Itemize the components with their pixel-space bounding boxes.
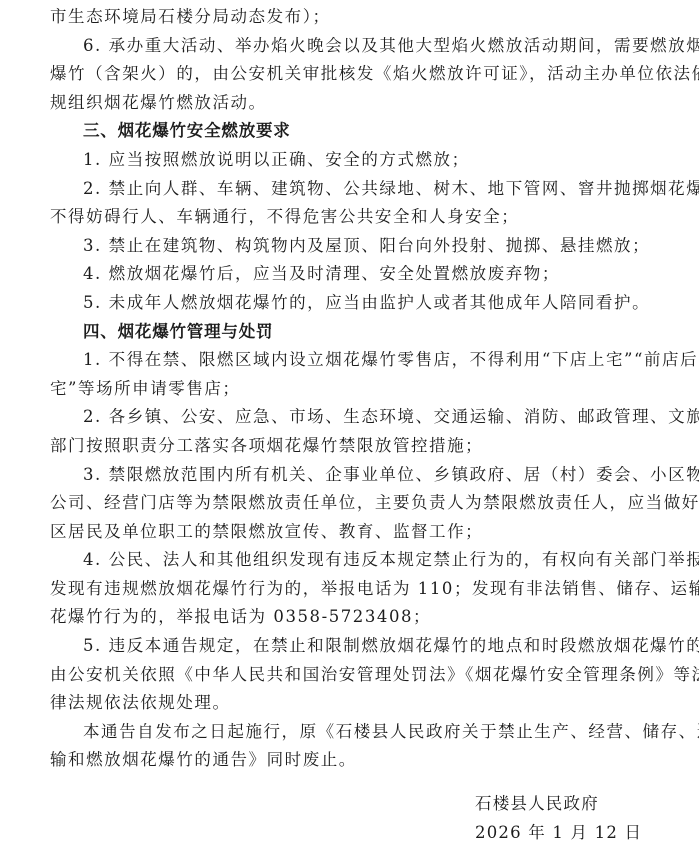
list-item-line: 2. 各乡镇、公安、应急、市场、生态环境、交通运输、消防、邮政管理、文旅等 bbox=[50, 403, 642, 432]
list-item-line: 5. 违反本通告规定，在禁止和限制燃放烟花爆竹的地点和时段燃放烟花爆竹的， bbox=[50, 632, 642, 661]
list-item-line: 不得妨碍行人、车辆通行，不得危害公共安全和人身安全； bbox=[50, 203, 642, 232]
list-item-line: 由公安机关依照《中华人民共和国治安管理处罚法》《烟花爆竹安全管理条例》等法 bbox=[50, 661, 642, 690]
list-item-line: 部门按照职责分工落实各项烟花爆竹禁限放管控措施； bbox=[50, 432, 642, 461]
list-item-line: 宅”等场所申请零售店； bbox=[50, 375, 642, 404]
signature-organization: 石楼县人民政府 bbox=[475, 790, 599, 814]
list-item-line: 6. 承办重大活动、举办焰火晚会以及其他大型焰火燃放活动期间，需要燃放烟花 bbox=[50, 32, 642, 61]
list-item-line: 花爆竹行为的，举报电话为 0358-5723408； bbox=[50, 603, 642, 632]
effective-clause-line: 输和燃放烟花爆竹的通告》同时废止。 bbox=[50, 746, 642, 775]
effective-clause-line: 本通告自发布之日起施行，原《石楼县人民政府关于禁止生产、经营、储存、运 bbox=[50, 718, 642, 747]
list-item-line: 2. 禁止向人群、车辆、建筑物、公共绿地、树木、地下管网、窨井抛掷烟花爆竹， bbox=[50, 175, 642, 204]
list-item-line: 公司、经营门店等为禁限燃放责任单位，主要负责人为禁限燃放责任人，应当做好辖 bbox=[50, 489, 642, 518]
list-item-line: 4. 公民、法人和其他组织发现有违反本规定禁止行为的，有权向有关部门举报； bbox=[50, 546, 642, 575]
list-item-line: 1. 不得在禁、限燃区域内设立烟花爆竹零售店，不得利用“下店上宅”“前店后 bbox=[50, 346, 642, 375]
list-item-line: 发现有违规燃放烟花爆竹行为的，举报电话为 110；发现有非法销售、储存、运输烟 bbox=[50, 575, 642, 604]
list-item-line: 爆竹（含架火）的，由公安机关审批核发《焰火燃放许可证》，活动主办单位依法依 bbox=[50, 60, 642, 89]
list-item-line: 1. 应当按照燃放说明以正确、安全的方式燃放； bbox=[50, 146, 642, 175]
paragraph-line: 市生态环境局石楼分局动态发布）； bbox=[50, 3, 642, 32]
list-item-line: 区居民及单位职工的禁限燃放宣传、教育、监督工作； bbox=[50, 518, 642, 547]
list-item-line: 律法规依法依规处理。 bbox=[50, 689, 642, 718]
section-heading-management: 四、烟花爆竹管理与处罚 bbox=[50, 318, 642, 347]
section-heading-safety: 三、烟花爆竹安全燃放要求 bbox=[50, 117, 642, 146]
list-item-line: 5. 未成年人燃放烟花爆竹的，应当由监护人或者其他成年人陪同看护。 bbox=[50, 289, 642, 318]
list-item-line: 4. 燃放烟花爆竹后，应当及时清理、安全处置燃放废弃物； bbox=[50, 260, 642, 289]
document-body: 市生态环境局石楼分局动态发布）； 6. 承办重大活动、举办焰火晚会以及其他大型焰… bbox=[50, 3, 642, 775]
signature-date: 2026 年 1 月 12 日 bbox=[475, 819, 642, 843]
list-item-line: 3. 禁限燃放范围内所有机关、企事业单位、乡镇政府、居（村）委会、小区物业 bbox=[50, 461, 642, 490]
list-item-line: 3. 禁止在建筑物、构筑物内及屋顶、阳台向外投射、抛掷、悬挂燃放； bbox=[50, 232, 642, 261]
list-item-line: 规组织烟花爆竹燃放活动。 bbox=[50, 89, 642, 118]
